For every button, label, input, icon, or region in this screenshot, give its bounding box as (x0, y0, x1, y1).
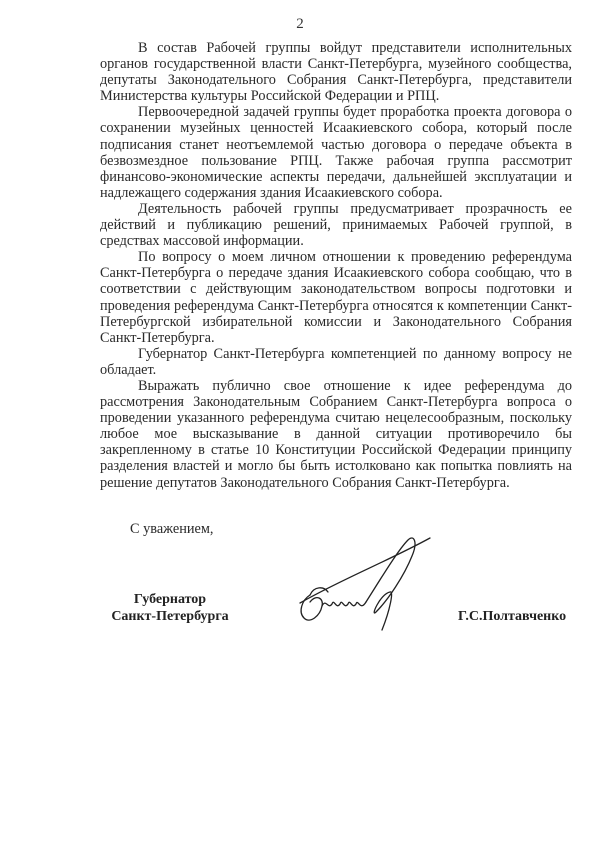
signatory-name: Г.С.Полтавченко (458, 609, 566, 625)
page-number: 2 (0, 16, 600, 33)
signatory-title: Губернатор Санкт-Петербурга (110, 591, 230, 625)
closing-salutation: С уважением, (130, 521, 213, 538)
paragraph-priority-task: Первоочередной задачей группы будет прор… (100, 104, 572, 201)
paragraph-governor-competence: Губернатор Санкт-Петербурга компетенцией… (100, 346, 572, 378)
paragraph-transparency: Деятельность рабочей группы предусматрив… (100, 201, 572, 249)
paragraph-working-group-composition: В состав Рабочей группы войдут представи… (100, 40, 572, 104)
letter-body: В состав Рабочей группы войдут представи… (100, 40, 572, 491)
paragraph-referendum-competence: По вопросу о моем личном отношении к про… (100, 249, 572, 346)
signatory-title-line1: Губернатор (110, 591, 230, 608)
signatory-title-line2: Санкт-Петербурга (110, 608, 230, 625)
paragraph-public-opinion: Выражать публично свое отношение к идее … (100, 378, 572, 491)
signature-icon (280, 520, 440, 650)
